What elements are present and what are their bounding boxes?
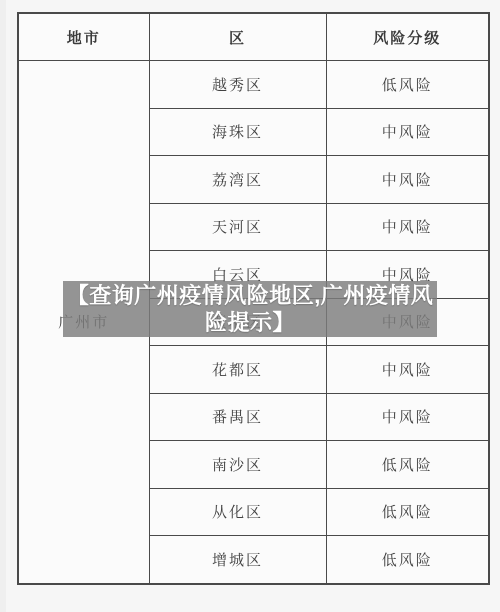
risk-cell: 中风险 [326, 108, 489, 156]
table-row: 广州市 越秀区 低风险 [18, 61, 489, 109]
column-header-district: 区 [149, 13, 326, 61]
district-cell: 天河区 [149, 203, 326, 251]
risk-cell: 中风险 [326, 203, 489, 251]
district-cell: 增城区 [149, 536, 326, 584]
column-header-city: 地市 [18, 13, 149, 61]
risk-cell: 中风险 [326, 393, 489, 441]
risk-cell: 中风险 [326, 346, 489, 394]
risk-cell: 中风险 [326, 156, 489, 204]
district-cell: 花都区 [149, 346, 326, 394]
district-cell: 番禺区 [149, 393, 326, 441]
district-cell: 荔湾区 [149, 156, 326, 204]
column-header-risk-level: 风险分级 [326, 13, 489, 61]
risk-cell: 低风险 [326, 536, 489, 584]
watermark-title: 【查询广州疫情风险地区,广州疫情风险提示】 [63, 281, 437, 337]
risk-cell: 低风险 [326, 488, 489, 536]
watermark-banner: 【查询广州疫情风险地区,广州疫情风险提示】 [63, 281, 437, 337]
header-row: 地市 区 风险分级 [18, 13, 489, 61]
district-cell: 越秀区 [149, 61, 326, 109]
risk-cell: 低风险 [326, 441, 489, 489]
district-cell: 南沙区 [149, 441, 326, 489]
risk-cell: 低风险 [326, 61, 489, 109]
district-cell: 从化区 [149, 488, 326, 536]
district-cell: 海珠区 [149, 108, 326, 156]
